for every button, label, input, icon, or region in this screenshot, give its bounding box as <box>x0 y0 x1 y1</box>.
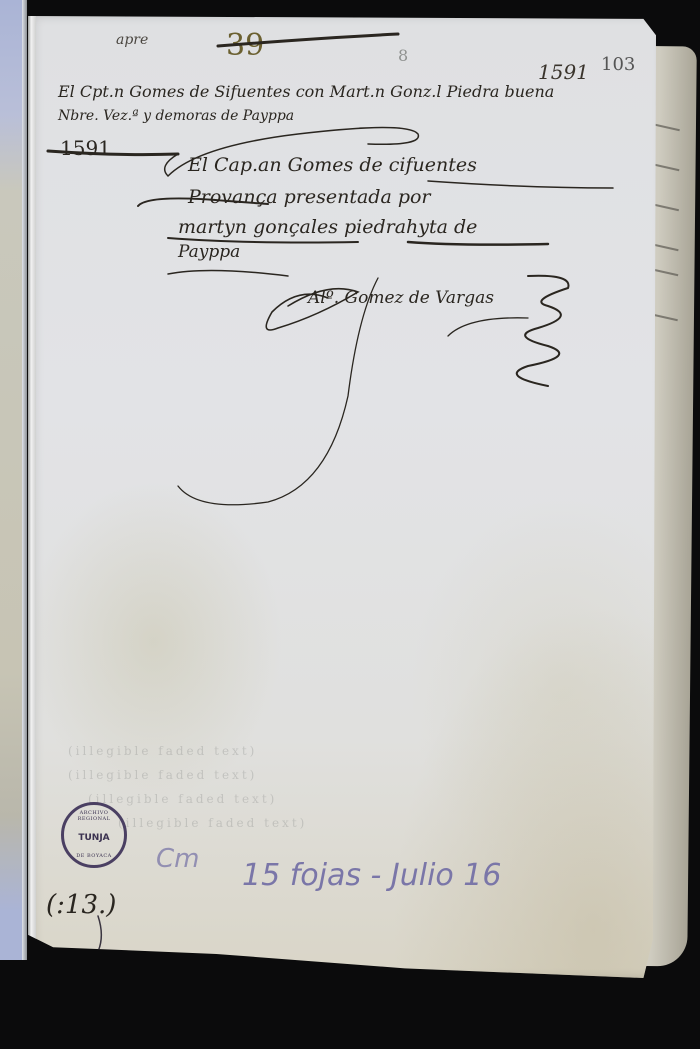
manuscript-page: apre 39 8 103 1591 El Cpt.n Gomes de Sif… <box>28 16 656 978</box>
page-edge-mark <box>651 203 679 211</box>
pen-flourishes <box>28 16 656 978</box>
left-binding-strip <box>0 0 22 960</box>
page-edge-mark <box>652 123 680 131</box>
page-edge-mark <box>652 163 680 171</box>
